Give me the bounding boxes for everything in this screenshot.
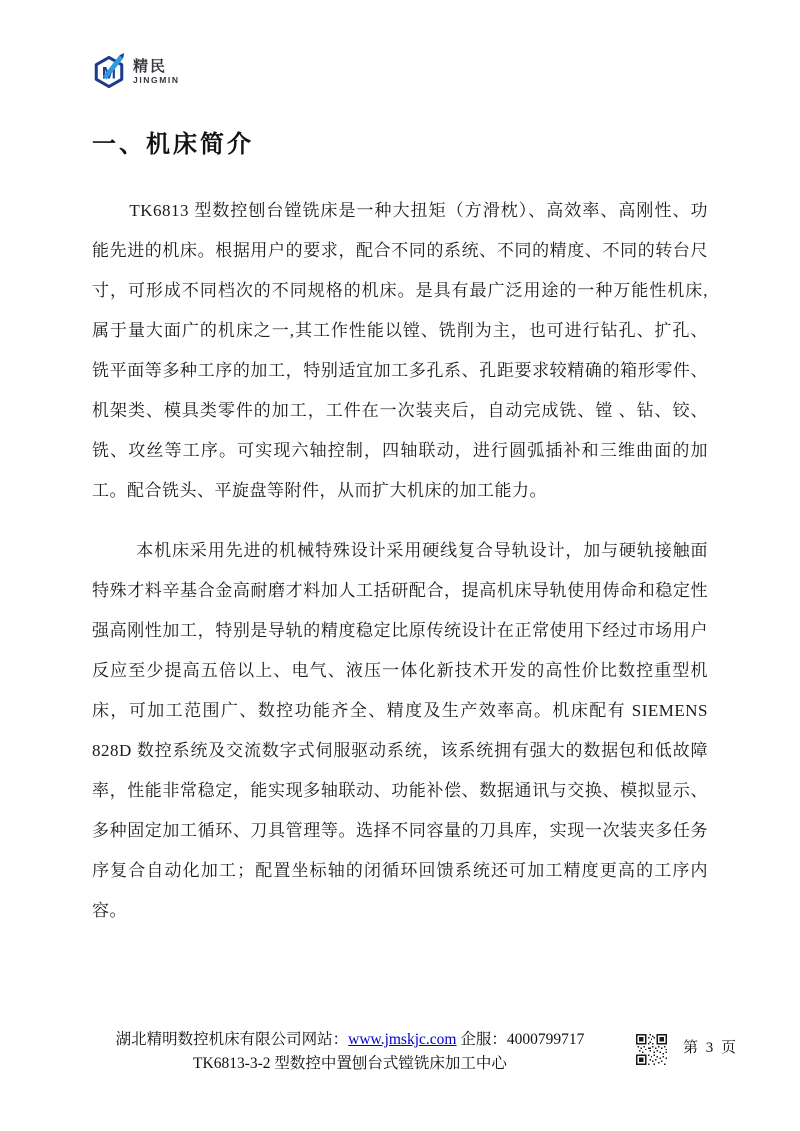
- logo-company-name-en: JINGMIN: [133, 76, 180, 85]
- page-number: 第 3 页: [683, 1036, 738, 1057]
- footer-text-block: 湖北精明数控机床有限公司网站：www.jmskjc.com 企服：4000799…: [92, 1028, 608, 1076]
- logo-text: 精民 JINGMIN: [133, 59, 180, 85]
- page-footer: 湖北精明数控机床有限公司网站：www.jmskjc.com 企服：4000799…: [92, 1028, 738, 1076]
- section-heading: 一、机床简介: [92, 124, 708, 159]
- document-page: M 精民 JINGMIN 一、机床简介 TK6813 型数控刨台镗铣床是一种大扭…: [0, 0, 800, 1131]
- intro-paragraph: TK6813 型数控刨台镗铣床是一种大扭矩（方滑枕）、高效率、高刚性、功能先进的…: [92, 191, 708, 511]
- website-link[interactable]: www.jmskjc.com: [348, 1031, 456, 1048]
- footer-website-label: 湖北精明数控机床有限公司网站：: [116, 1031, 349, 1048]
- footer-service-phone: 企服：4000799717: [456, 1031, 584, 1048]
- footer-company-line: 湖北精明数控机床有限公司网站：www.jmskjc.com 企服：4000799…: [92, 1028, 608, 1052]
- company-logo: M 精民 JINGMIN: [92, 50, 708, 94]
- logo-company-name: 精民: [133, 59, 180, 74]
- footer-product-model: TK6813-3-2 型数控中置刨台式镗铣床加工中心: [92, 1052, 608, 1076]
- features-paragraph: 本机床采用先进的机械特殊设计采用硬线复合导轨设计，加与硬轨接触面特殊才料辛基合金…: [92, 531, 708, 931]
- logo-hexagon-icon: M: [92, 55, 126, 89]
- qr-code: [636, 1034, 667, 1065]
